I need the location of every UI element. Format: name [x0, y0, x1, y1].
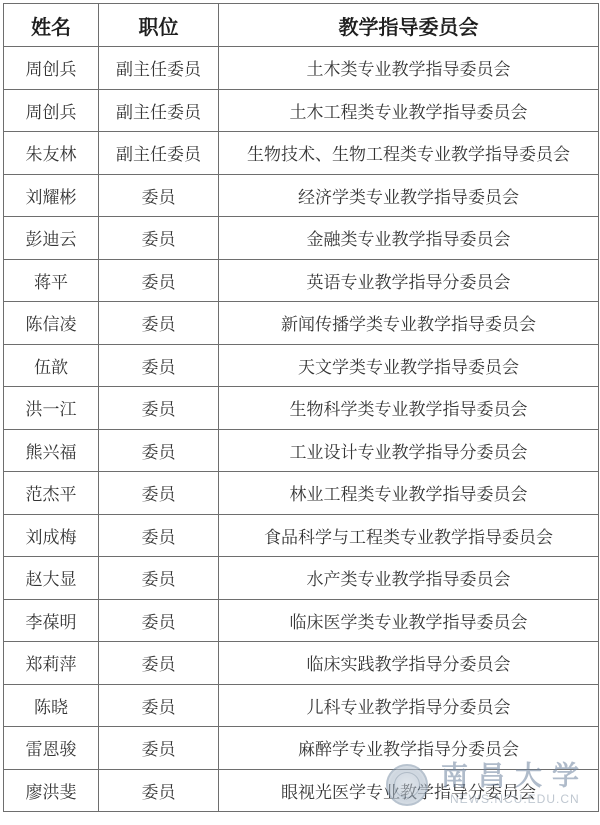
table-row: 伍歆 委员 天文学类专业教学指导委员会	[4, 344, 599, 387]
cell-committee: 天文学类专业教学指导委员会	[219, 344, 599, 387]
cell-committee: 英语专业教学指导分委员会	[219, 259, 599, 302]
header-name: 姓名	[4, 4, 99, 47]
table-row: 李葆明 委员 临床医学类专业教学指导委员会	[4, 599, 599, 642]
table-row: 陈晓 委员 儿科专业教学指导分委员会	[4, 684, 599, 727]
table-row: 陈信凌 委员 新闻传播学类专业教学指导委员会	[4, 302, 599, 345]
cell-committee: 麻醉学专业教学指导分委员会	[219, 727, 599, 770]
cell-position: 委员	[99, 344, 219, 387]
cell-position: 委员	[99, 217, 219, 260]
table-row: 蒋平 委员 英语专业教学指导分委员会	[4, 259, 599, 302]
cell-position: 委员	[99, 302, 219, 345]
cell-committee: 林业工程类专业教学指导委员会	[219, 472, 599, 515]
cell-name: 范杰平	[4, 472, 99, 515]
cell-position: 委员	[99, 472, 219, 515]
table-row: 熊兴福 委员 工业设计专业教学指导分委员会	[4, 429, 599, 472]
table-row: 刘成梅 委员 食品科学与工程类专业教学指导委员会	[4, 514, 599, 557]
cell-committee: 临床医学类专业教学指导委员会	[219, 599, 599, 642]
header-committee: 教学指导委员会	[219, 4, 599, 47]
cell-name: 刘成梅	[4, 514, 99, 557]
cell-committee: 新闻传播学类专业教学指导委员会	[219, 302, 599, 345]
cell-position: 委员	[99, 599, 219, 642]
cell-position: 委员	[99, 684, 219, 727]
cell-committee: 眼视光医学专业教学指导分委员会	[219, 769, 599, 812]
cell-committee: 儿科专业教学指导分委员会	[219, 684, 599, 727]
cell-committee: 生物科学类专业教学指导委员会	[219, 387, 599, 430]
cell-position: 委员	[99, 642, 219, 685]
cell-committee: 经济学类专业教学指导委员会	[219, 174, 599, 217]
cell-committee: 金融类专业教学指导委员会	[219, 217, 599, 260]
cell-name: 陈晓	[4, 684, 99, 727]
cell-position: 委员	[99, 174, 219, 217]
table-row: 周创兵 副主任委员 土木工程类专业教学指导委员会	[4, 89, 599, 132]
cell-position: 委员	[99, 514, 219, 557]
table-row: 彭迪云 委员 金融类专业教学指导委员会	[4, 217, 599, 260]
table-row: 赵大显 委员 水产类专业教学指导委员会	[4, 557, 599, 600]
cell-committee: 临床实践教学指导分委员会	[219, 642, 599, 685]
cell-name: 蒋平	[4, 259, 99, 302]
cell-name: 陈信凌	[4, 302, 99, 345]
committee-table: 姓名 职位 教学指导委员会 周创兵 副主任委员 土木类专业教学指导委员会 周创兵…	[3, 3, 599, 812]
cell-name: 洪一江	[4, 387, 99, 430]
cell-position: 副主任委员	[99, 89, 219, 132]
table-row: 廖洪斐 委员 眼视光医学专业教学指导分委员会	[4, 769, 599, 812]
cell-name: 彭迪云	[4, 217, 99, 260]
cell-name: 熊兴福	[4, 429, 99, 472]
cell-name: 廖洪斐	[4, 769, 99, 812]
table-row: 朱友林 副主任委员 生物技术、生物工程类专业教学指导委员会	[4, 132, 599, 175]
cell-name: 伍歆	[4, 344, 99, 387]
cell-committee: 工业设计专业教学指导分委员会	[219, 429, 599, 472]
cell-name: 周创兵	[4, 89, 99, 132]
cell-committee: 土木工程类专业教学指导委员会	[219, 89, 599, 132]
table-row: 周创兵 副主任委员 土木类专业教学指导委员会	[4, 47, 599, 90]
cell-position: 委员	[99, 429, 219, 472]
table-row: 范杰平 委员 林业工程类专业教学指导委员会	[4, 472, 599, 515]
table-row: 雷恩骏 委员 麻醉学专业教学指导分委员会	[4, 727, 599, 770]
table-row: 刘耀彬 委员 经济学类专业教学指导委员会	[4, 174, 599, 217]
cell-position: 委员	[99, 769, 219, 812]
cell-name: 雷恩骏	[4, 727, 99, 770]
cell-name: 刘耀彬	[4, 174, 99, 217]
cell-position: 委员	[99, 727, 219, 770]
table-header-row: 姓名 职位 教学指导委员会	[4, 4, 599, 47]
cell-name: 郑莉萍	[4, 642, 99, 685]
cell-name: 赵大显	[4, 557, 99, 600]
cell-committee: 水产类专业教学指导委员会	[219, 557, 599, 600]
table-row: 郑莉萍 委员 临床实践教学指导分委员会	[4, 642, 599, 685]
cell-name: 朱友林	[4, 132, 99, 175]
table-row: 洪一江 委员 生物科学类专业教学指导委员会	[4, 387, 599, 430]
cell-position: 委员	[99, 387, 219, 430]
cell-position: 委员	[99, 557, 219, 600]
cell-committee: 土木类专业教学指导委员会	[219, 47, 599, 90]
cell-committee: 生物技术、生物工程类专业教学指导委员会	[219, 132, 599, 175]
cell-name: 周创兵	[4, 47, 99, 90]
cell-position: 副主任委员	[99, 47, 219, 90]
cell-position: 副主任委员	[99, 132, 219, 175]
cell-position: 委员	[99, 259, 219, 302]
header-position: 职位	[99, 4, 219, 47]
cell-committee: 食品科学与工程类专业教学指导委员会	[219, 514, 599, 557]
cell-name: 李葆明	[4, 599, 99, 642]
